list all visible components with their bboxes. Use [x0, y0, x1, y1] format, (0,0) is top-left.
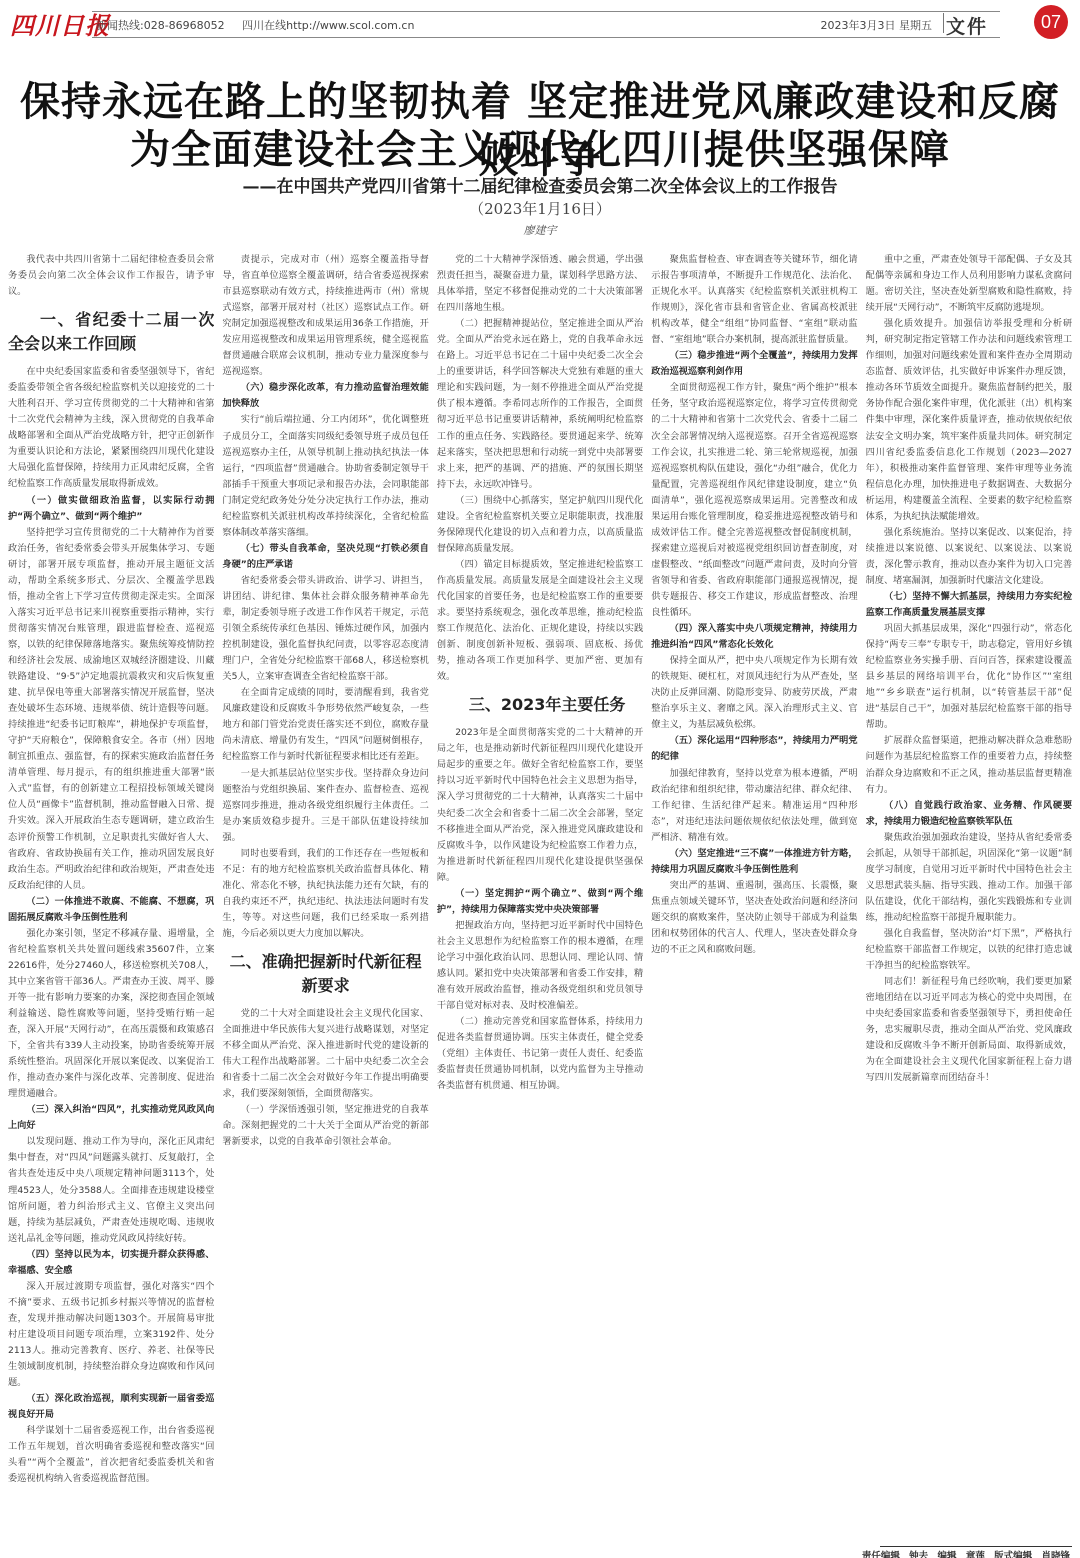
body-paragraph: 加强纪律教育，坚持以党章为根本遵循，严明政治纪律和组织纪律，带动廉洁纪律、群众纪…	[651, 766, 857, 846]
body-paragraph: （四）锚定目标提质效，坚定推进纪检监察工作高质量发展。高质量发展是全面建设社会主…	[437, 557, 643, 685]
body-paragraph: 强化自我监督，坚决防治“灯下黑”，严格执行纪检监察干部监督工作规定，以铁的纪律打…	[866, 926, 1072, 974]
body-paragraph: （二）把握精神提站位，坚定推进全面从严治党。全面从严治党永远在路上，党的自我革命…	[437, 316, 643, 493]
body-paragraph: 省纪委常委会带头讲政治、讲学习、讲担当，讲团结、讲纪律、集体社会群众服务精神革命…	[222, 573, 428, 685]
section-heading: 三、2023年主要任务	[437, 693, 643, 717]
body-paragraph: 全面贯彻巡视工作方针，聚焦“两个维护”根本任务，坚守政治巡视巡察定位，将学习宣传…	[651, 380, 857, 621]
section-heading: 一、省纪委十二届一次全会以来工作回顾	[8, 308, 214, 356]
issue-date: 2023年3月3日 星期五	[821, 17, 933, 33]
body-paragraph: 深入开展过渡期专项监督，强化对落实“四个不摘”要求、五级书记抓乡村振兴等情况的监…	[8, 1279, 214, 1391]
subsection-heading: （三）深入纠治“四风”，扎实推动党风政风向上向好	[8, 1102, 214, 1134]
body-paragraph: 强化质效提升。加强信访举报受理和分析研判，研究制定指定管辖工作办法和问题线索管理…	[866, 316, 1072, 525]
column-4: 聚焦监督检查、审查调查等关键环节，细化请示报告事项清单，不断提升工作规范化、法治…	[651, 252, 857, 1542]
column-1: 我代表中共四川省第十二届纪律检查委员会常务委员会向第二次全体会议作工作报告，请予…	[8, 252, 214, 1542]
body-paragraph: 责提示，完成对市（州）巡察全覆盖指导督导，省直单位巡察全覆盖调研，结合省委巡视探…	[222, 252, 428, 380]
body-paragraph: 同时也要看到，我们的工作还存在一些短板和不足：有的地方纪检监察机关政治监督具体化…	[222, 846, 428, 942]
body-paragraph: 科学谋划十二届省委巡视工作，出台省委巡视工作五年规划，首次明确省委巡视和整改落实…	[8, 1423, 214, 1487]
body-paragraph: （三）围绕中心抓落实，坚定护航四川现代化建设。全省纪检监察机关要立足职能职责，找…	[437, 493, 643, 557]
column-5: 重中之重，严肃查处领导干部配偶、子女及其配偶等亲属和身边工作人员利用影响力谋私贪…	[866, 252, 1072, 1542]
article-body: 我代表中共四川省第十二届纪律检查委员会常务委员会向第二次全体会议作工作报告，请予…	[8, 252, 1072, 1542]
subsection-heading: （七）坚持不懈大抓基层，持续用力夯实纪检监察工作高质量发展基层支撑	[866, 589, 1072, 621]
column-3: 党的二十大精神学深悟透、融会贯通，学出强烈责任担当，凝聚奋进力量，谋划科学思路方…	[437, 252, 643, 1542]
subsection-heading: （二）一体推进不敢腐、不能腐、不想腐，巩固拓展反腐败斗争压倒性胜利	[8, 894, 214, 926]
column-2: 责提示，完成对市（州）巡察全覆盖指导督导，省直单位巡察全覆盖调研，结合省委巡视探…	[222, 252, 428, 1542]
body-paragraph: 扩展群众监督渠道，把推动解决群众急难愁盼问题作为基层纪检监察工作的重要着力点，持…	[866, 733, 1072, 797]
page-number-badge: 07	[1034, 5, 1068, 39]
author-byline: 廖建宇	[0, 222, 1080, 238]
subsection-heading: （六）稳步深化改革，有力推动监督治理效能加快释放	[222, 380, 428, 412]
editor-credits: 责任编辑 钟去 编辑 章莲 版式编辑 肖晓锋	[856, 1548, 1070, 1558]
masthead: 四川日报 新闻热线:028-86968052 四川在线http://www.sc…	[0, 0, 1080, 48]
body-paragraph: 一是大抓基层站位坚实步伐。坚持群众身边问题整治与党组织换届、案件查办、监督检查、…	[222, 766, 428, 846]
article-subtitle: ——在中国共产党四川省第十二届纪律检查委员会第二次全体会议上的工作报告	[0, 172, 1080, 197]
section-heading: 二、准确把握新时代新征程新要求	[222, 950, 428, 998]
body-paragraph: 我代表中共四川省第十二届纪律检查委员会常务委员会向第二次全体会议作工作报告，请予…	[8, 252, 214, 300]
body-paragraph: 聚焦政治强加强政治建设，坚持从省纪委常委会抓起，从领导干部抓起，巩固深化“第一议…	[866, 830, 1072, 926]
subsection-heading: （五）深化运用“四种形态”，持续用力严明党的纪律	[651, 733, 857, 765]
footer-rule	[880, 1546, 1072, 1547]
body-paragraph: 把握政治方向，坚持把习近平新时代中国特色社会主义思想作为纪检监察工作的根本遵循，…	[437, 918, 643, 1014]
masthead-divider	[943, 13, 944, 33]
body-paragraph: 突出严的基调、重遏制，强高压、长震慑，聚焦重点领域关键环节，坚决查处政治问题和经…	[651, 878, 857, 958]
body-paragraph: 保持全面从严，把中央八项规定作为长期有效的铁规矩、硬杠杠，对顶风违纪行为从严查处…	[651, 653, 857, 733]
body-paragraph: 实行“前后端拉通、分工内闭环”，优化调整班子成员分工，全面落实同级纪委领导班子成…	[222, 412, 428, 540]
masthead-contact: 新闻热线:028-86968052 四川在线http://www.scol.co…	[96, 17, 428, 33]
subsection-heading: （四）深入落实中央八项规定精神，持续用力推进纠治“四风”常态化长效化	[651, 621, 857, 653]
body-paragraph: （一）学深悟透强引领，坚定推进党的自我革命。深刻把握党的二十大关于全面从严治党的…	[222, 1102, 428, 1150]
body-paragraph: 同志们！新征程号角已经吹响，我们要更加紧密地团结在以习近平同志为核心的党中央周围…	[866, 974, 1072, 1086]
body-paragraph: （二）推动完善党和国家监督体系，持续用力促进各类监督贯通协调。压实主体责任，健全…	[437, 1014, 643, 1094]
body-paragraph: 2023年是全面贯彻落实党的二十大精神的开局之年，也是推动新时代新征程四川现代化…	[437, 725, 643, 885]
report-date: （2023年1月16日）	[0, 198, 1080, 219]
website-link[interactable]: 四川在线http://www.scol.com.cn	[242, 19, 414, 32]
layout-editor-label: 版式编辑	[994, 1551, 1032, 1558]
body-paragraph: 在全面肯定成绩的同时，要清醒看到，我省党风廉政建设和反腐败斗争形势依然严峻复杂，…	[222, 685, 428, 765]
section-title: 文件	[946, 12, 988, 39]
responsible-editor: 钟去	[909, 1551, 928, 1558]
news-hotline: 新闻热线:028-86968052	[96, 19, 225, 32]
body-paragraph: 党的二十大对全面建设社会主义现代化国家、全面推进中华民族伟大复兴进行战略谋划，对…	[222, 1006, 428, 1102]
body-paragraph: 以发现问题、推动工作为导向，深化正风肃纪集中督查，对“四风”问题露头就打、反复敲…	[8, 1134, 214, 1246]
responsible-editor-label: 责任编辑	[862, 1551, 900, 1558]
subsection-heading: （六）坚定推进“三不腐”一体推进方针方略，持续用力巩固反腐败斗争压倒性胜利	[651, 846, 857, 878]
subsection-heading: （七）带头自我革命，坚决兑现“打铁必须自身硬”的庄严承诺	[222, 541, 428, 573]
body-paragraph: 聚焦监督检查、审查调查等关键环节，细化请示报告事项清单，不断提升工作规范化、法治…	[651, 252, 857, 348]
subsection-heading: （一）做实做细政治监督，以实际行动拥护“两个确立”、做到“两个维护”	[8, 493, 214, 525]
subsection-heading: （五）深化政治巡视，顺利实现新一届省委巡视良好开局	[8, 1391, 214, 1423]
subsection-heading: （一）坚定拥护“两个确立”、做到“两个维护”，持续用力保障落实党中央决策部署	[437, 886, 643, 918]
body-paragraph: 重中之重，严肃查处领导干部配偶、子女及其配偶等亲属和身边工作人员利用影响力谋私贪…	[866, 252, 1072, 316]
subsection-heading: （三）稳步推进“两个全覆盖”，持续用力发挥政治巡视巡察利剑作用	[651, 348, 857, 380]
body-paragraph: 坚持把学习宣传贯彻党的二十大精神作为首要政治任务，省纪委常委会带头开展集体学习、…	[8, 525, 214, 894]
masthead-rule-bottom	[92, 37, 1000, 38]
editor: 章莲	[966, 1551, 985, 1558]
masthead-rule-top	[92, 11, 1000, 12]
editor-label: 编辑	[938, 1551, 957, 1558]
headline-line-2: 为全面建设社会主义现代化四川提供坚强保障	[0, 118, 1080, 175]
subsection-heading: （八）自觉践行政治家、业务精、作风硬要求，持续用力锻造纪检监察铁军队伍	[866, 798, 1072, 830]
body-paragraph: 强化系统施治。坚持以案促改、以案促治，持续推进以案说德、以案说纪、以案说法、以案…	[866, 525, 1072, 589]
body-paragraph: 强化办案引领，坚定不移减存量、遏增量，全省纪检监察机关共处置问题线索35607件…	[8, 926, 214, 1103]
body-paragraph: 党的二十大精神学深悟透、融会贯通，学出强烈责任担当，凝聚奋进力量，谋划科学思路方…	[437, 252, 643, 316]
layout-editor: 肖晓锋	[1041, 1551, 1070, 1558]
subsection-heading: （四）坚持以民为本，切实提升群众获得感、幸福感、安全感	[8, 1247, 214, 1279]
body-paragraph: 巩固大抓基层成果，深化“四强行动”，常态化保持“两专三奉”专职专干，助志稳定，管…	[866, 621, 1072, 733]
body-paragraph: 在中央纪委国家监委和省委坚强领导下，省纪委监委带领全省各级纪检监察机关以迎接党的…	[8, 364, 214, 492]
